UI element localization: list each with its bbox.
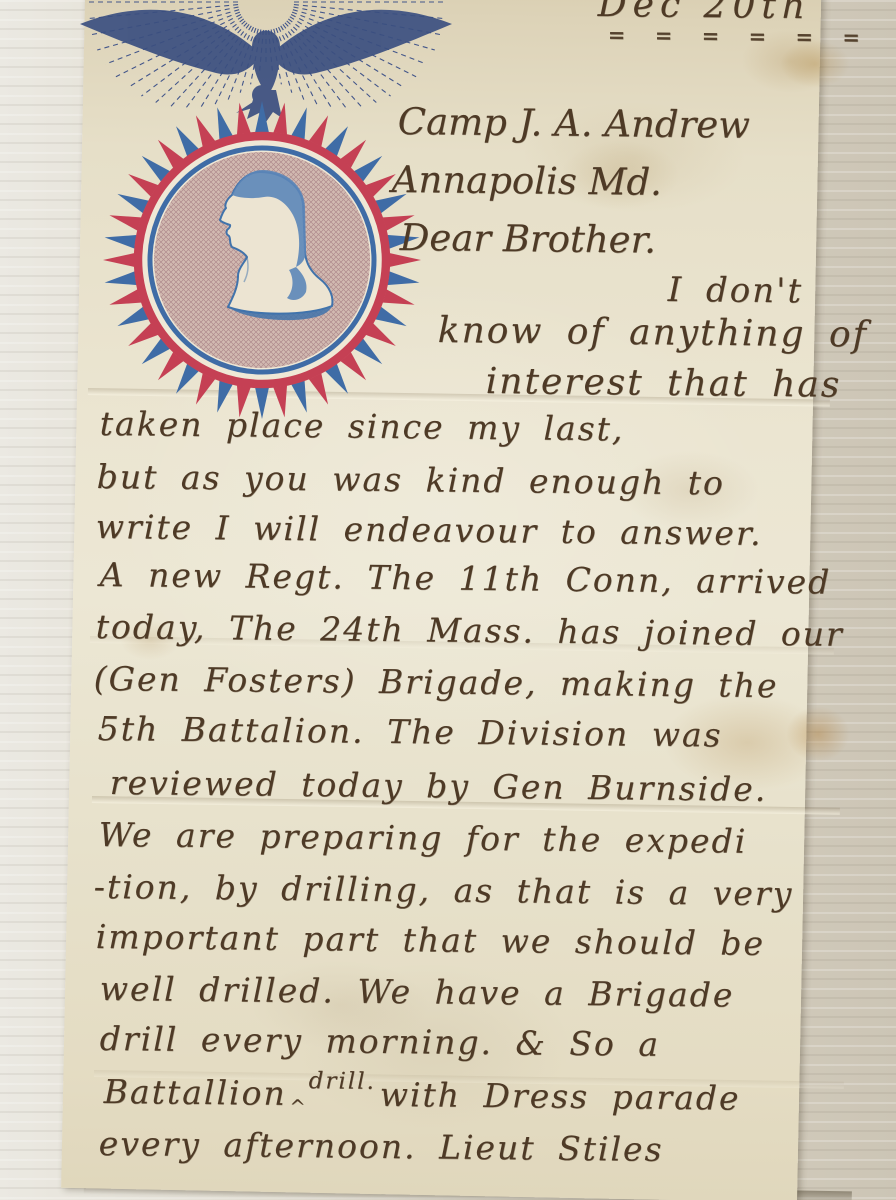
date-flourish: = = = = = =	[608, 22, 871, 50]
handwritten-line: A new Regt. The 11th Conn, arrived	[100, 555, 832, 602]
handwritten-line: drill every morning. & So a	[100, 1019, 661, 1064]
handwritten-line: well drilled. We have a Brigade	[100, 969, 735, 1015]
handwritten-line: interest that has	[486, 361, 842, 406]
handwritten-line: today, The 24th Mass. has joined our	[96, 607, 844, 654]
handwritten-line: important part that we should be	[96, 917, 766, 963]
handwritten-line: every afternoon. Lieut Stiles	[99, 1124, 664, 1169]
handwritten-line: but as you was kind enough to	[97, 457, 726, 503]
photo-of-letter: Dec 20th = = = = = = Camp J. A. Andrew A…	[0, 0, 896, 1200]
handwritten-line: taken place since my last,	[100, 404, 625, 448]
heading-place-line: Annapolis Md.	[392, 158, 663, 204]
washington-medallion-icon	[96, 92, 428, 428]
handwritten-line: write I will endeavour to answer.	[96, 507, 763, 553]
handwritten-line: -tion, by drilling, as that is a very	[94, 867, 794, 913]
handwritten-line-with-insertion: Battallion^drill.with Dress parade	[104, 1072, 741, 1118]
heading-camp-line: Camp J. A. Andrew	[398, 100, 751, 147]
inserted-word: drill.	[309, 1068, 376, 1095]
handwritten-line: We are preparing for the expedi	[99, 815, 748, 861]
handwritten-line: know of anything of	[438, 310, 869, 356]
caret-mark: ^	[289, 1096, 307, 1118]
handwritten-line: reviewed today by Gen Burnside.	[110, 763, 768, 809]
handwritten-line: 5th Battalion. The Division was	[98, 709, 723, 755]
line-text-before: Battallion	[104, 1072, 287, 1113]
handwritten-line: I don't	[668, 270, 804, 311]
age-stain	[786, 706, 850, 762]
handwritten-line: (Gen Fosters) Brigade, making the	[94, 659, 779, 705]
line-text-after: with Dress parade	[380, 1075, 741, 1118]
salutation-line: Dear Brother.	[400, 216, 657, 262]
